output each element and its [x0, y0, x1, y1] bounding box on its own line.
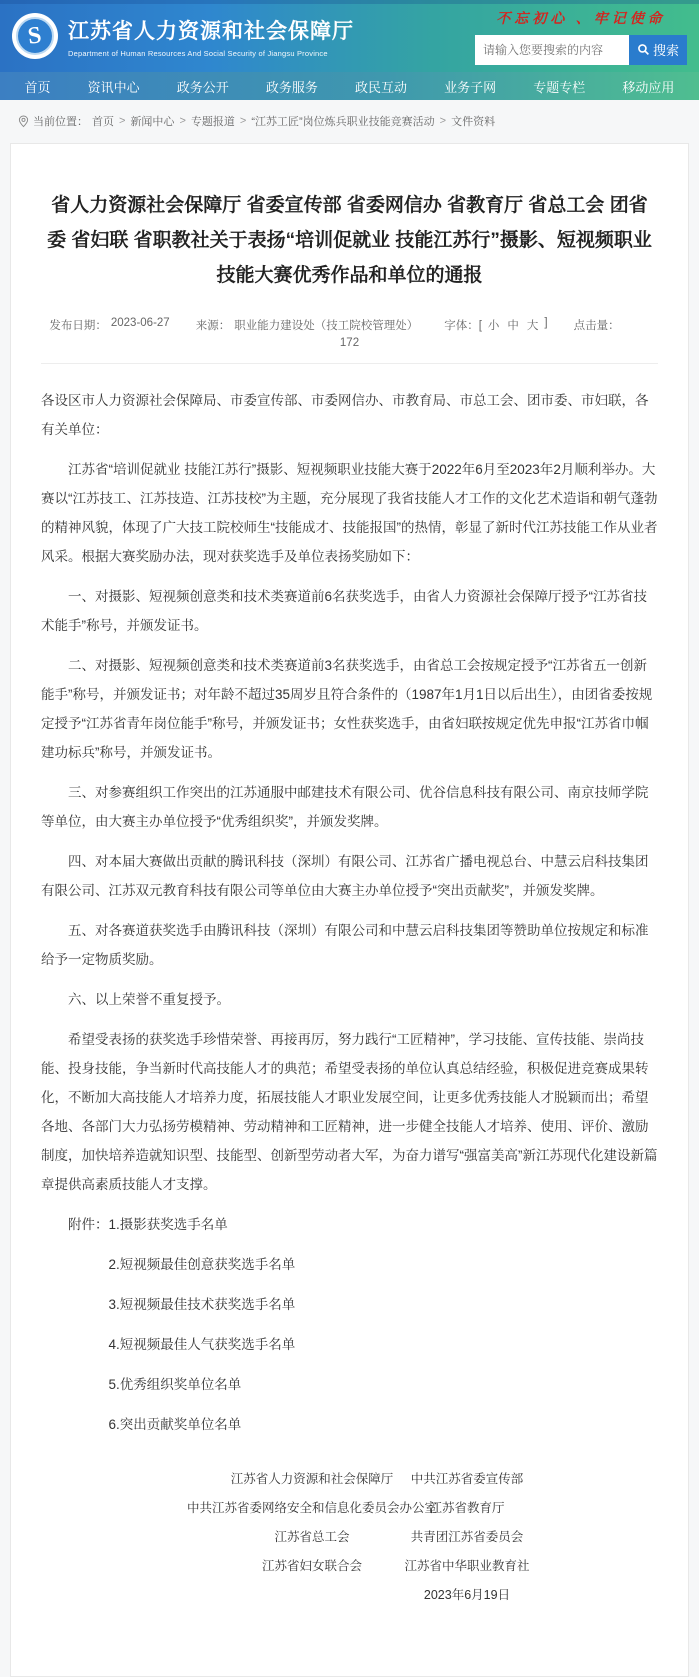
nav-item-gov-disclosure[interactable]: 政务公开	[177, 77, 229, 96]
nav-item-mobile-apps[interactable]: 移动应用	[622, 77, 674, 96]
breadcrumb-separator: >	[179, 115, 185, 127]
nav-item-home[interactable]: 首页	[25, 77, 51, 96]
signatory: 江苏省教育厅	[317, 1498, 617, 1516]
site-header: S 江苏省人力资源和社会保障厅 Department of Human Reso…	[0, 0, 699, 72]
source-value: 职业能力建设处（技工院校管理处）	[234, 317, 418, 333]
font-size-medium-button[interactable]: 中	[507, 317, 519, 333]
signatory: 共青团江苏省委员会	[317, 1527, 617, 1545]
logo-emblem-icon: S	[16, 17, 54, 55]
attachment-link-1[interactable]: 1.摄影获奖选手名单	[109, 1217, 228, 1232]
breadcrumb-item-news-center[interactable]: 新闻中心	[130, 113, 174, 129]
signature-block: 江苏省人力资源和社会保障厅 中共江苏省委宣传部 中共江苏省委网络安全和信息化委员…	[41, 1469, 658, 1614]
award-item-1: 一、对摄影、短视频创意类和技术类赛道前6名获奖选手，由省人力资源社会保障厅授予“…	[41, 582, 658, 640]
closing-paragraph: 希望受表扬的获奖选手珍惜荣誉、再接再厉，努力践行“工匠精神”，学习技能、宣传技能…	[41, 1025, 658, 1199]
search-button-label: 搜索	[653, 40, 679, 59]
publish-date-label: 发布日期：	[49, 317, 107, 333]
site-identity: 江苏省人力资源和社会保障厅 Department of Human Resour…	[68, 15, 354, 58]
nav-item-gov-services[interactable]: 政务服务	[266, 77, 318, 96]
breadcrumb-separator: >	[440, 115, 446, 127]
signatory: 中共江苏省委宣传部	[317, 1469, 617, 1487]
nav-item-interaction[interactable]: 政民互动	[355, 77, 407, 96]
article-title: 省人力资源社会保障厅 省委宣传部 省委网信办 省教育厅 省总工会 团省委 省妇联…	[45, 188, 654, 293]
site-logo[interactable]: S	[12, 13, 58, 59]
breadcrumb-separator: >	[119, 115, 125, 127]
award-item-4: 四、对本届大赛做出贡献的腾讯科技（深圳）有限公司、江苏省广播电视总台、中慧云启科…	[41, 847, 658, 905]
meta-spacer	[552, 317, 570, 333]
font-size-label: 字体：[	[444, 317, 482, 333]
breadcrumb-separator: >	[240, 115, 246, 127]
logo-glyph: S	[27, 23, 44, 49]
breadcrumb-item-competition-activity[interactable]: “江苏工匠”岗位炼兵职业技能竞赛活动	[251, 113, 434, 129]
intro-paragraph: 江苏省“培训促就业 技能江苏行”摄影、短视频职业技能大赛于2022年6月至202…	[41, 455, 658, 571]
attachment-link-3[interactable]: 3.短视频最佳技术获奖选手名单	[109, 1297, 296, 1312]
site-title: 江苏省人力资源和社会保障厅	[68, 15, 354, 45]
salutation-paragraph: 各设区市人力资源社会保障局、市委宣传部、市委网信办、市教育局、市总工会、团市委、…	[41, 386, 658, 444]
award-item-2: 二、对摄影、短视频创意类和技术类赛道前3名获奖选手，由省总工会按规定授予“江苏省…	[41, 651, 658, 767]
signature-row: 江苏省妇女联合会 江苏省中华职业教育社	[41, 1556, 658, 1585]
slogan-banner: 不忘初心 、牢记使命	[475, 8, 687, 28]
main-nav: 首页 资讯中心 政务公开 政务服务 政民互动 业务子网 专题专栏 移动应用	[0, 72, 699, 100]
hit-count-label: 点击量：	[574, 317, 620, 333]
location-pin-icon	[18, 115, 29, 128]
nav-item-news-center[interactable]: 资讯中心	[88, 77, 140, 96]
breadcrumb-item-home[interactable]: 首页	[92, 113, 114, 129]
signature-date-row: 2023年6月19日	[41, 1585, 658, 1614]
award-item-6: 六、以上荣誉不重复授予。	[41, 985, 658, 1014]
signature-date: 2023年6月19日	[317, 1585, 617, 1603]
nav-item-special-columns[interactable]: 专题专栏	[533, 77, 585, 96]
article-card: 省人力资源社会保障厅 省委宣传部 省委网信办 省教育厅 省总工会 团省委 省妇联…	[10, 143, 689, 1677]
signature-row: 江苏省总工会 共青团江苏省委员会	[41, 1527, 658, 1556]
font-size-large-button[interactable]: 大	[527, 317, 539, 333]
award-item-5: 五、对各赛道获奖选手由腾讯科技（深圳）有限公司和中慧云启科技集团等赞助单位按规定…	[41, 916, 658, 974]
attachment-link-4[interactable]: 4.短视频最佳人气获奖选手名单	[109, 1337, 296, 1352]
attachment-link-6[interactable]: 6.突出贡献奖单位名单	[109, 1417, 242, 1432]
font-size-bracket: ]	[544, 317, 547, 333]
font-size-small-button[interactable]: 小	[488, 317, 500, 333]
signature-row: 江苏省人力资源和社会保障厅 中共江苏省委宣传部	[41, 1469, 658, 1498]
breadcrumb-label: 当前位置：	[33, 113, 88, 129]
hit-count: 172	[340, 337, 359, 349]
nav-item-sub-sites[interactable]: 业务子网	[444, 77, 496, 96]
attachment-link-2[interactable]: 2.短视频最佳创意获奖选手名单	[109, 1257, 296, 1272]
attachments-list: 附件：1.摄影获奖选手名单 2.短视频最佳创意获奖选手名单 3.短视频最佳技术获…	[41, 1210, 658, 1439]
article-body: 各设区市人力资源社会保障局、市委宣传部、市委网信办、市教育局、市总工会、团市委、…	[41, 364, 658, 1439]
signatory: 江苏省中华职业教育社	[317, 1556, 617, 1574]
meta-spacer	[174, 317, 192, 333]
publish-date: 2023-06-27	[111, 317, 170, 333]
attachments-first-line: 附件：1.摄影获奖选手名单	[41, 1210, 658, 1239]
attachment-link-5[interactable]: 5.优秀组织奖单位名单	[109, 1377, 242, 1392]
source-label: 来源：	[196, 317, 231, 333]
signature-row: 中共江苏省委网络安全和信息化委员会办公室 江苏省教育厅	[41, 1498, 658, 1527]
breadcrumb: 当前位置： 首页 > 新闻中心 > 专题报道 > “江苏工匠”岗位炼兵职业技能竞…	[0, 100, 699, 140]
search-input[interactable]	[475, 35, 629, 65]
meta-spacer	[422, 317, 440, 333]
meta-spacer	[624, 317, 650, 333]
breadcrumb-item-documents[interactable]: 文件资料	[451, 113, 495, 129]
header-right: 不忘初心 、牢记使命 搜索	[475, 8, 687, 65]
award-item-3: 三、对参赛组织工作突出的江苏通服中邮建技术有限公司、优谷信息科技有限公司、南京技…	[41, 778, 658, 836]
search-icon	[637, 43, 650, 56]
article-meta: 发布日期： 2023-06-27 来源： 职业能力建设处（技工院校管理处） 字体…	[41, 317, 658, 364]
breadcrumb-item-special-report[interactable]: 专题报道	[191, 113, 235, 129]
site-subtitle: Department of Human Resources And Social…	[68, 49, 354, 58]
attachments-label: 附件：	[68, 1217, 109, 1232]
search-button[interactable]: 搜索	[629, 35, 687, 65]
search-bar: 搜索	[475, 35, 687, 65]
